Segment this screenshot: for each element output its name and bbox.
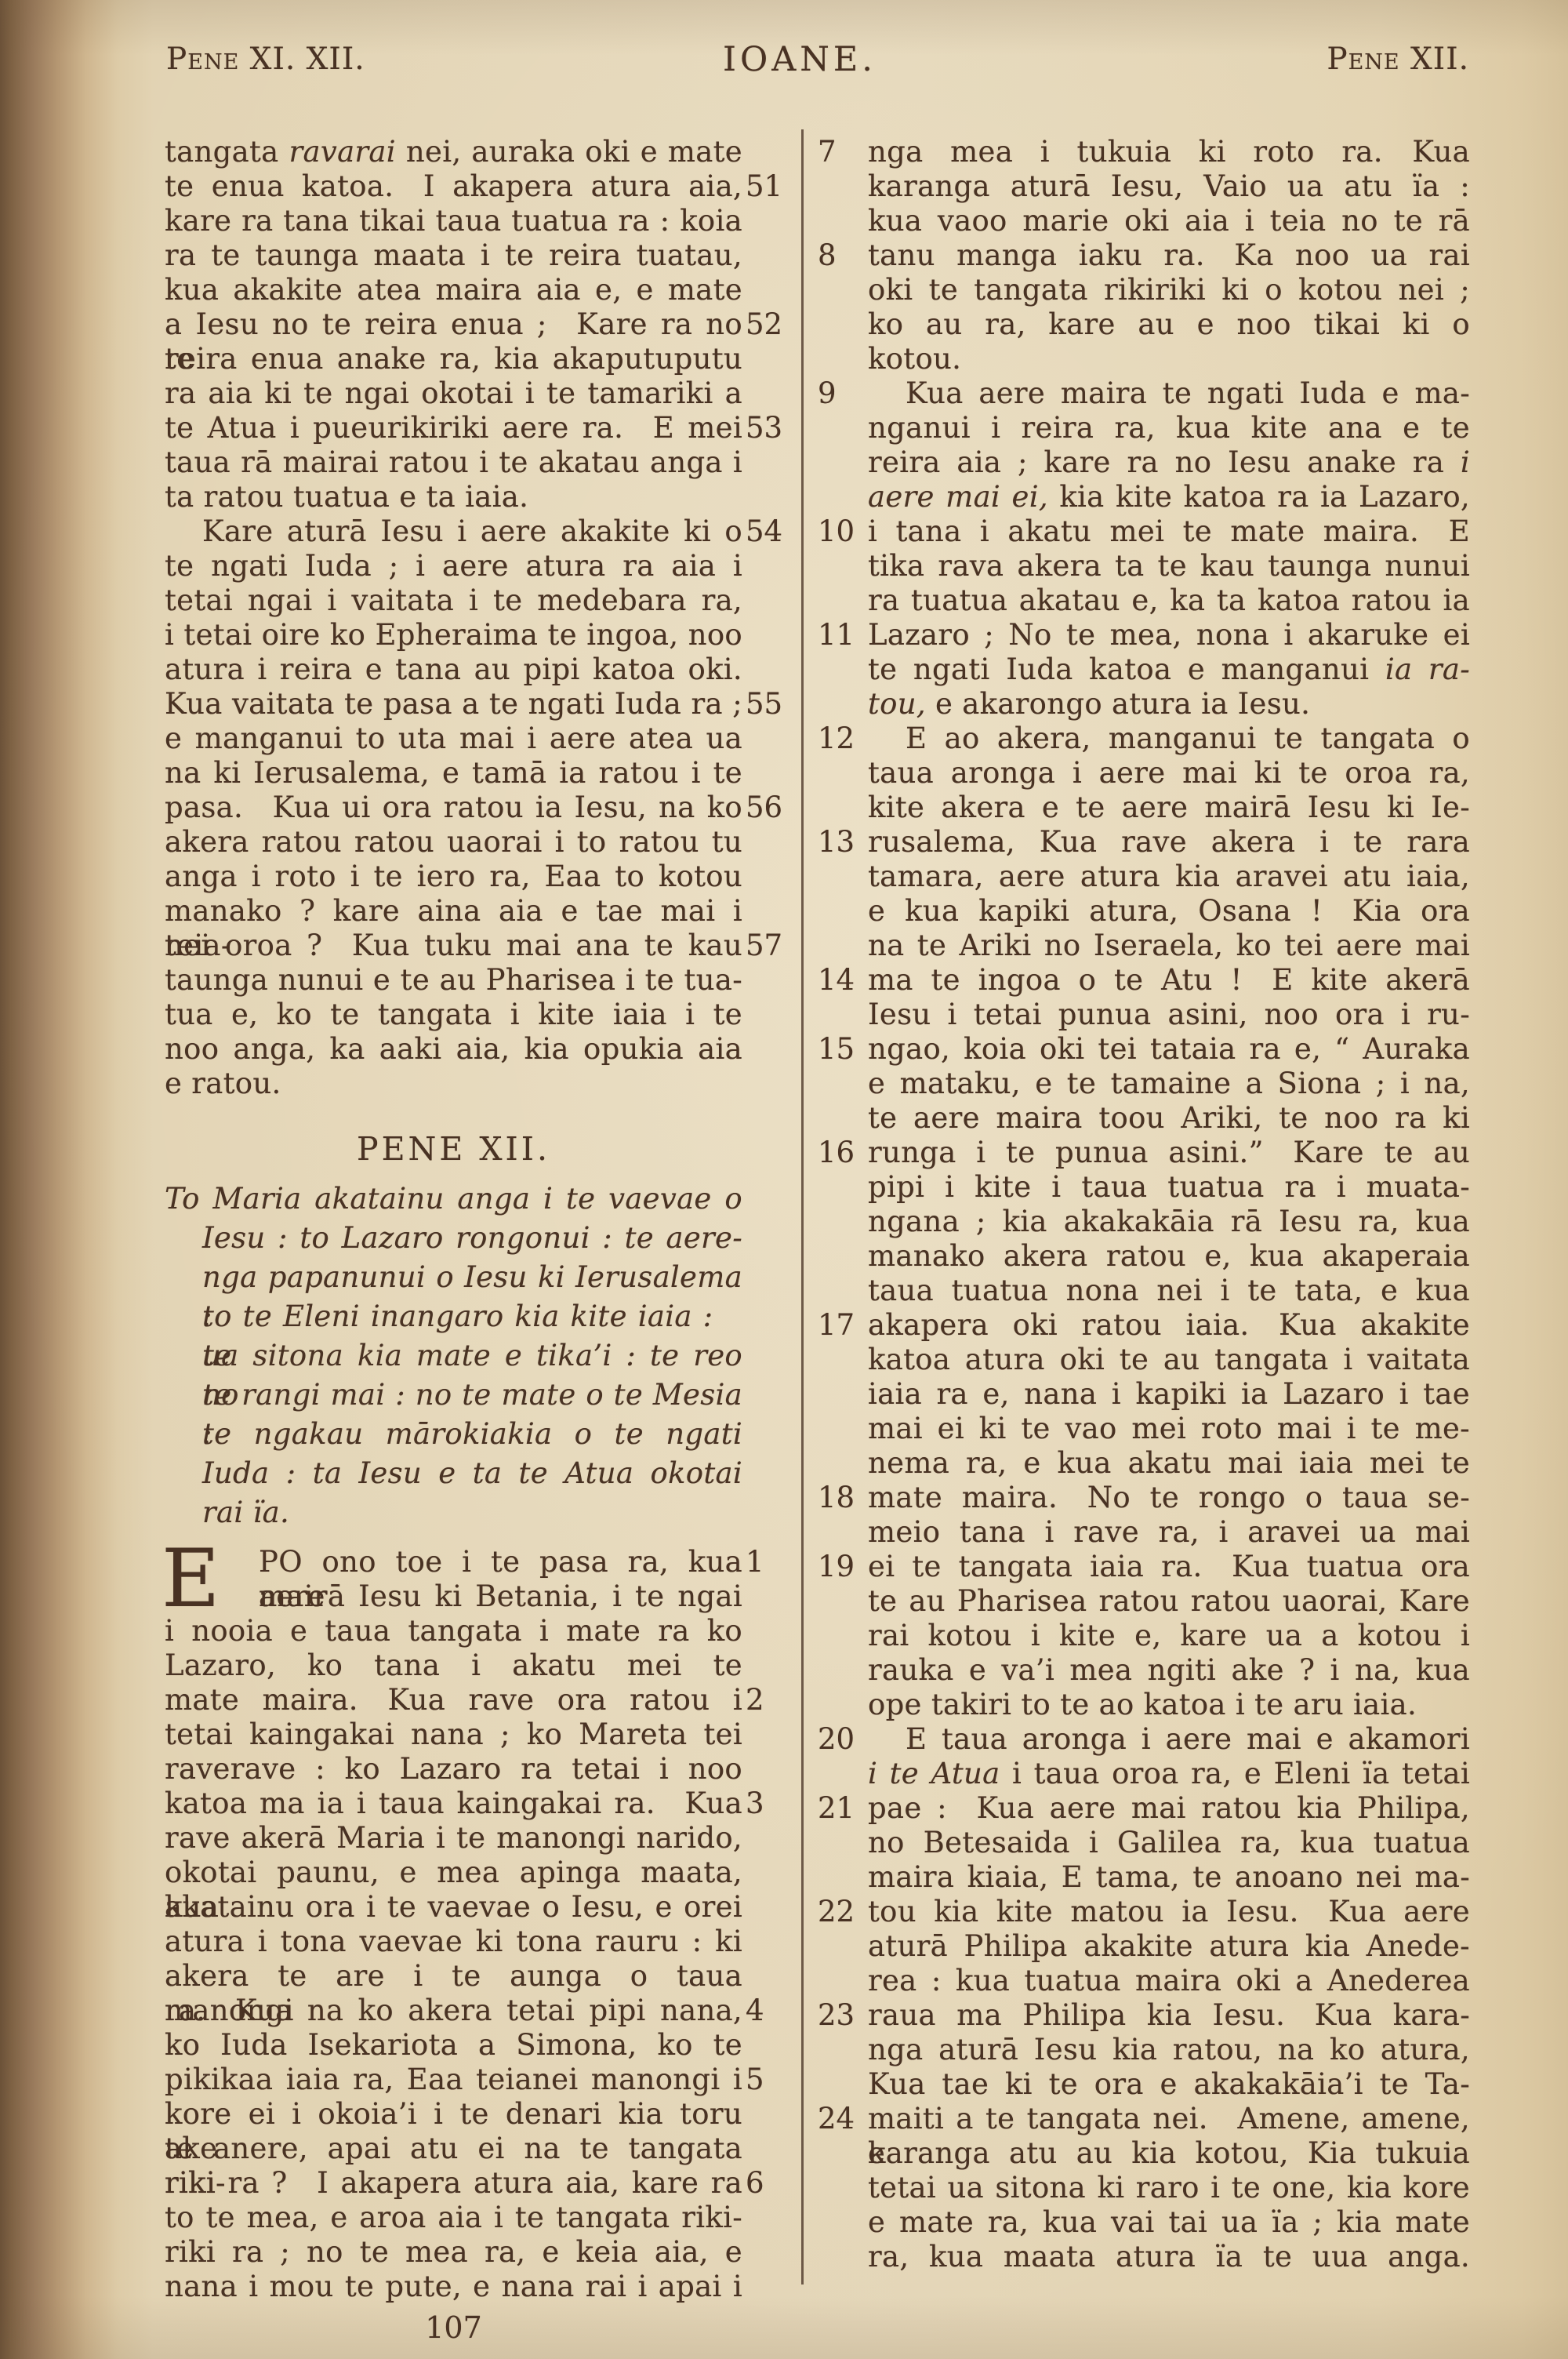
verse-number: 23 (818, 1998, 863, 2033)
verse-number: 3 (746, 1787, 791, 1821)
text-line: reira enua anake ra, kia akaputuputu (165, 342, 742, 376)
verse-number: 52 (746, 307, 791, 342)
verse-number: 16 (818, 1136, 863, 1170)
text-line: Kare aturā Iesu i aere akakite ki o54 (165, 514, 742, 549)
text-line: nana i mou te pute, e nana rai i apai i (165, 2270, 742, 2304)
text-line: Lazaro ; No te mea, nona i akaruke ei11 (868, 618, 1470, 652)
text-line: riki ra ; no te mea ra, e keia aia, e (165, 2235, 742, 2270)
chapter-xi-verses: tangata ravarai nei, auraka oki e matete… (165, 135, 742, 1101)
text-line: ta ratou tuatua e ta iaia. (165, 480, 742, 514)
text-line: kotou. (868, 342, 1470, 376)
text-line: To Maria akatainu anga i te vaevae o (165, 1179, 742, 1219)
verse-number: 20 (818, 1722, 863, 1757)
text-line: nema ra, e kua akatu mai iaia mei te (868, 1446, 1470, 1481)
verse-number: 9 (818, 376, 863, 411)
text-line: tangata ravarai nei, auraka oki e mate (165, 135, 742, 169)
text-line: to te mea, e aroa aia i te tangata riki- (165, 2201, 742, 2235)
text-line: te aere maira toou Ariki, te noo ra ki (868, 1101, 1470, 1136)
text-line: ra. Kua na ko akera tetai pipi nana,4 (165, 1994, 742, 2028)
text-line: taua rā mairai ratou i te akatau anga i (165, 445, 742, 480)
text-line: E ao akera, manganui te tangata o12 (868, 722, 1470, 756)
text-line: ngao, koia oki tei tataia ra e, “ Auraka… (868, 1032, 1470, 1067)
text-line: ua sitona kia mate e tika’i : te reo no (165, 1336, 742, 1376)
text-line: i te Atua i taua oroa ra, e Eleni ïa tet… (868, 1757, 1470, 1791)
text-line: mate maira. No te rongo o taua se-18 (868, 1481, 1470, 1515)
text-line: rea : kua tuatua maira oki a Anederea (868, 1964, 1470, 1998)
text-line: karanga aturā Iesu, Vaio ua atu ïa : (868, 169, 1470, 204)
text-line: kore ei i okoia’i i te denari kia toru a… (165, 2097, 742, 2132)
text-line: a Iesu no te reira enua ; Kare ra no te5… (165, 307, 742, 342)
text-line: te enua katoa. I akapera atura aia,51 (165, 169, 742, 204)
text-line: pasa. Kua ui ora ratou ia Iesu, na ko56 (165, 791, 742, 825)
text-line: e manganui to uta mai i aere atea ua (165, 722, 742, 756)
text-line: maiti a te tangata nei. Amene, amene, e2… (868, 2102, 1470, 2136)
verse-number: 8 (818, 238, 863, 273)
verse-number: 57 (746, 929, 791, 963)
verse-number: 51 (746, 169, 791, 204)
text-line: tetai kaingakai nana ; ko Mareta tei (165, 1717, 742, 1752)
text-line: pikikaa iaia ra, Eaa teianei manongi i5 (165, 2063, 742, 2097)
text-line: Kua aere maira te ngati Iuda e ma-9 (868, 376, 1470, 411)
text-line: rai ïa. (165, 1493, 742, 1532)
text-line: runga i te punua asini.” Kare te au16 (868, 1136, 1470, 1170)
text-line: Iesu i tetai punua asini, noo ora i ru- (868, 998, 1470, 1032)
text-line: te ngakau mārokiakia o te ngati (165, 1415, 742, 1454)
text-line: tika rava akera ta te kau taunga nunui (868, 549, 1470, 583)
text-line: ei te tangata iaia ra. Kua tuatua ora19 (868, 1550, 1470, 1584)
text-line: mate maira. Kua rave ora ratou i2 (165, 1683, 742, 1717)
text-line: riki ra ? I akapera atura aia, kare ra6 (165, 2166, 742, 2201)
text-line: PO ono toe i te pasa ra, kua aere1 (165, 1545, 742, 1579)
verse-number: 53 (746, 411, 791, 445)
text-line: raverave : ko Lazaro ra tetai i noo (165, 1752, 742, 1787)
verse-number: 55 (746, 687, 791, 722)
verse-number: 7 (818, 135, 863, 169)
page-number: 107 (165, 2310, 742, 2345)
text-line: akatainu ora i te vaevae o Iesu, e orei (165, 1890, 742, 1925)
text-line: te anere, apai atu ei na te tangata riki… (165, 2132, 742, 2166)
text-line: rauka e va’i mea ngiti ake ? i na, kua (868, 1653, 1470, 1688)
verse-number: 14 (818, 963, 863, 998)
text-line: taunga nunui e te au Pharisea i te tua- (165, 963, 742, 998)
text-line: nei oroa ? Kua tuku mai ana te kau57 (165, 929, 742, 963)
right-column: nga mea i tukuia ki roto ra. Kua7karanga… (868, 135, 1470, 2274)
text-line: rai kotou i kite e, kare ua a kotou i (868, 1619, 1470, 1653)
verse-number: 24 (818, 2102, 863, 2136)
text-line: i nooia e taua tangata i mate ra ko (165, 1614, 742, 1648)
verse-number: 56 (746, 791, 791, 825)
text-line: ra te taunga maata i te reira tuatau, (165, 238, 742, 273)
text-line: to te Eleni inangaro kia kite iaia : te (165, 1297, 742, 1336)
text-line: kua vaoo marie oki aia i teia no te rā (868, 204, 1470, 238)
text-line: i tana i akatu mei te mate maira. E10 (868, 514, 1470, 549)
text-line: e mataku, e te tamaine a Siona ; i na, (868, 1067, 1470, 1101)
text-line: katoa atura oki te au tangata i vaitata (868, 1343, 1470, 1377)
text-line: mairā Iesu ki Betania, i te ngai (165, 1579, 742, 1614)
text-line: taua tuatua nona nei i te tata, e kua (868, 1274, 1470, 1308)
text-line: e kua kapiki atura, Osana ! Kia ora (868, 894, 1470, 929)
text-line: meio tana i rave ra, i aravei ua mai (868, 1515, 1470, 1550)
text-line: atura i reira e tana au pipi katoa oki. (165, 652, 742, 687)
text-line: ra tuatua akatau e, ka ta katoa ratou ia (868, 583, 1470, 618)
column-divider-rule (801, 129, 804, 2284)
text-line: ra, kua maata atura ïa te uua anga. (868, 2240, 1470, 2274)
verse-number: 12 (818, 722, 863, 756)
text-line: oki te tangata rikiriki ki o kotou nei ; (868, 273, 1470, 307)
verse-number: 21 (818, 1791, 863, 1826)
text-line: pae : Kua aere mai ratou kia Philipa,21 (868, 1791, 1470, 1826)
running-head-right: Pene XII. (1327, 41, 1469, 78)
verse-number: 10 (818, 514, 863, 549)
text-line: taua aronga i aere mai ki te oroa ra, (868, 756, 1470, 791)
chapter-xii-verses: E PO ono toe i te pasa ra, kua aere1mair… (165, 1545, 742, 2304)
text-line: Iesu : to Lazaro rongonui : te aere- (165, 1219, 742, 1258)
text-line: maira kiaia, E tama, te anoano nei ma- (868, 1860, 1470, 1895)
text-line: kua akakite atea maira aia e, e mate (165, 273, 742, 307)
text-line: iaia ra e, nana i kapiki ia Lazaro i tae (868, 1377, 1470, 1412)
text-line: akapera oki ratou iaia. Kua akakite17 (868, 1308, 1470, 1343)
text-line: katoa ma ia i taua kaingakai ra. Kua3 (165, 1787, 742, 1821)
text-line: mai ei ki te vao mei roto mai i te me- (868, 1412, 1470, 1446)
text-line: tua e, ko te tangata i kite iaia i te (165, 998, 742, 1032)
verse-number: 4 (746, 1994, 791, 2028)
text-line: noo anga, ka aaki aia, kia opukia aia (165, 1032, 742, 1067)
text-line: ko au ra, kare au e noo tikai ki o (868, 307, 1470, 342)
verse-number: 54 (746, 514, 791, 549)
text-line: Kua vaitata te pasa a te ngati Iuda ra ;… (165, 687, 742, 722)
text-line: pipi i kite i taua tuatua ra i muata- (868, 1170, 1470, 1205)
text-line: rave akerā Maria i te manongi narido, (165, 1821, 742, 1856)
text-line: ope takiri to te ao katoa i te aru iaia. (868, 1688, 1470, 1722)
text-line: i tetai oire ko Epheraima te ingoa, noo (165, 618, 742, 652)
text-line: tetai ua sitona ki raro i te one, kia ko… (868, 2171, 1470, 2205)
chapter-heading: PENE XII. (165, 1129, 742, 1169)
text-line: Lazaro, ko tana i akatu mei te (165, 1648, 742, 1683)
text-line: E taua aronga i aere mai e akamori20 (868, 1722, 1470, 1757)
text-line: ko Iuda Isekariota a Simona, ko te (165, 2028, 742, 2063)
text-line: tou, e akarongo atura ia Iesu. (868, 687, 1470, 722)
text-line: akera te are i te aunga o taua manongi (165, 1959, 742, 1994)
text-line: rusalema, Kua rave akera i te rara13 (868, 825, 1470, 860)
text-line: na ki Ierusalema, e tamā ia ratou i te (165, 756, 742, 791)
text-line: akera ratou ratou uaorai i to ratou tu (165, 825, 742, 860)
text-line: nganui i reira ra, kua kite ana e te (868, 411, 1470, 445)
verse-number: 11 (818, 618, 863, 652)
text-line: no Betesaida i Galilea ra, kua tuatua (868, 1826, 1470, 1860)
text-line: na te Ariki no Iseraela, ko tei aere mai (868, 929, 1470, 963)
text-line: kite akera e te aere mairā Iesu ki Ie- (868, 791, 1470, 825)
chapter-xii-verses-continued: nga mea i tukuia ki roto ra. Kua7karanga… (868, 135, 1470, 2274)
verse-number: 1 (746, 1545, 791, 1579)
text-line: nga papanunui o Iesu ki Ierusalema : (165, 1258, 742, 1297)
text-line: okotai paunu, e mea apinga maata, kua (165, 1856, 742, 1890)
text-line: te Atua i pueurikiriki aere ra. E mei53 (165, 411, 742, 445)
text-line: raua ma Philipa kia Iesu. Kua kara-23 (868, 1998, 1470, 2033)
text-line: Kua tae ki te ora e akakakāia’i te Ta- (868, 2067, 1470, 2102)
text-line: manako ? kare aina aia e tae mai i teia- (165, 894, 742, 929)
verse-number: 18 (818, 1481, 863, 1515)
text-line: manako akera ratou e, kua akaperaia (868, 1239, 1470, 1274)
verse-number: 15 (818, 1032, 863, 1067)
verse-number: 5 (746, 2063, 791, 2097)
verse-number: 13 (818, 825, 863, 860)
verse-number: 17 (818, 1308, 863, 1343)
text-line: anga i roto i te iero ra, Eaa to kotou (165, 860, 742, 894)
text-line: tou kia kite matou ia Iesu. Kua aere22 (868, 1895, 1470, 1929)
text-line: te ngati Iuda katoa e manganui ia ra- (868, 652, 1470, 687)
text-line: aere mai ei, kia kite katoa ra ia Lazaro… (868, 480, 1470, 514)
text-line: nga mea i tukuia ki roto ra. Kua7 (868, 135, 1470, 169)
verse-number: 19 (818, 1550, 863, 1584)
text-line: te ngati Iuda ; i aere atura ra aia i (165, 549, 742, 583)
text-line: tanu manga iaku ra. Ka noo ua rai8 (868, 238, 1470, 273)
text-line: karanga atu au kia kotou, Kia tukuia (868, 2136, 1470, 2171)
text-line: tetai ngai i vaitata i te medebara ra, (165, 583, 742, 618)
verse-number: 22 (818, 1895, 863, 1929)
text-line: te au Pharisea ratou ratou uaorai, Kare (868, 1584, 1470, 1619)
chapter-summary-italic: To Maria akatainu anga i te vaevae oIesu… (165, 1179, 742, 1532)
text-line: te rangi mai : no te mate o te Mesia : (165, 1376, 742, 1415)
text-line: e ratou. (165, 1067, 742, 1101)
text-line: tamara, aere atura kia aravei atu iaia, (868, 860, 1470, 894)
left-column: tangata ravarai nei, auraka oki e matete… (165, 135, 742, 2304)
verse-number: 2 (746, 1683, 791, 1717)
text-line: nga aturā Iesu kia ratou, na ko atura, (868, 2033, 1470, 2067)
text-line: kare ra tana tikai taua tuatua ra : koia (165, 204, 742, 238)
text-line: reira aia ; kare ra no Iesu anake ra i (868, 445, 1470, 480)
book-page-scan: Pene XI. XII. IOANE. Pene XII. tangata r… (0, 0, 1568, 2359)
text-line: ngana ; kia akakakāia rā Iesu ra, kua (868, 1205, 1470, 1239)
verse-number: 6 (746, 2166, 791, 2201)
text-line: e mate ra, kua vai tai ua ïa ; kia mate (868, 2205, 1470, 2240)
text-line: ma te ingoa o te Atu ! E kite akerā14 (868, 963, 1470, 998)
text-line: aturā Philipa akakite atura kia Anede- (868, 1929, 1470, 1964)
text-line: ra aia ki te ngai okotai i te tamariki a (165, 376, 742, 411)
text-line: atura i tona vaevae ki tona rauru : ki (165, 1925, 742, 1959)
text-line: Iuda : ta Iesu e ta te Atua okotai (165, 1454, 742, 1493)
